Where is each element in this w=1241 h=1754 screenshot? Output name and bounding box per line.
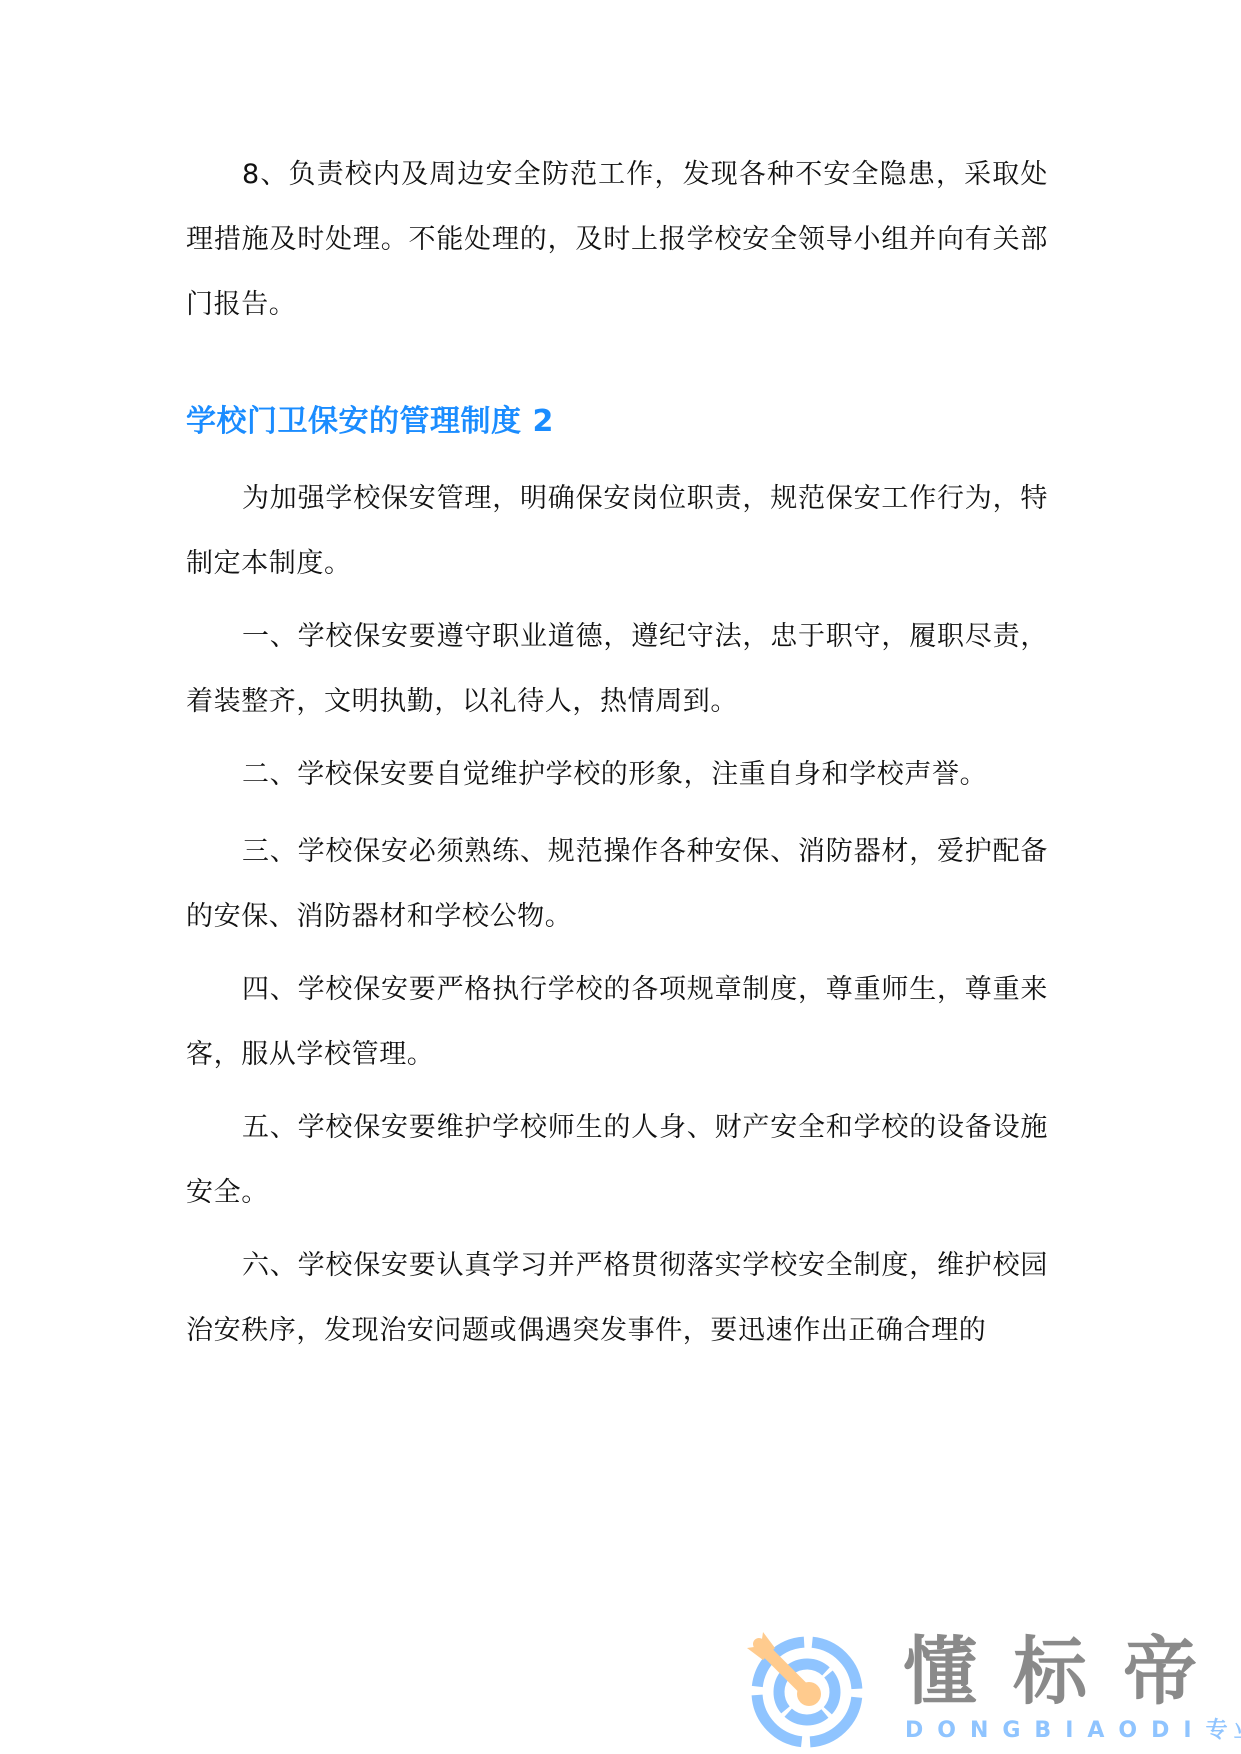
paragraph-intro: 为加强学校保安管理，明确保安岗位职责，规范保安工作行为，特制定本制度。: [186, 466, 1048, 596]
target-arrow-icon: [745, 1630, 865, 1750]
watermark-logo: 懂标帝 DONGBIAODI专业版: [745, 1630, 1215, 1750]
watermark-brand: 懂标帝: [903, 1630, 1233, 1714]
paragraph-rule-4: 四、学校保安要严格执行学校的各项规章制度，尊重师生，尊重来客，服从学校管理。: [186, 957, 1048, 1087]
paragraph-rule-5: 五、学校保安要维护学校师生的人身、财产安全和学校的设备设施安全。: [186, 1095, 1048, 1225]
paragraph-rule-3: 三、学校保安必须熟练、规范操作各种安保、消防器材，爱护配备的安保、消防器材和学校…: [186, 819, 1048, 949]
paragraph-item-8: 8、负责校内及周边安全防范工作，发现各种不安全隐患，采取处理措施及时处理。不能处…: [186, 142, 1048, 337]
watermark-subtitle-edition: 专业版: [1206, 1718, 1241, 1743]
paragraph-rule-6: 六、学校保安要认真学习并严格贯彻落实学校安全制度，维护校园治安秩序，发现治安问题…: [186, 1233, 1048, 1363]
section-heading: 学校门卫保安的管理制度 2: [186, 402, 1048, 442]
watermark-subtitle-latin: DONGBIAODI: [905, 1718, 1206, 1743]
watermark-subtitle: DONGBIAODI专业版: [905, 1718, 1241, 1744]
paragraph-rule-1: 一、学校保安要遵守职业道德，遵纪守法，忠于职守，履职尽责，着装整齐，文明执勤，以…: [186, 604, 1048, 734]
paragraph-rule-2: 二、学校保安要自觉维护学校的形象，注重自身和学校声誉。: [186, 742, 1048, 807]
